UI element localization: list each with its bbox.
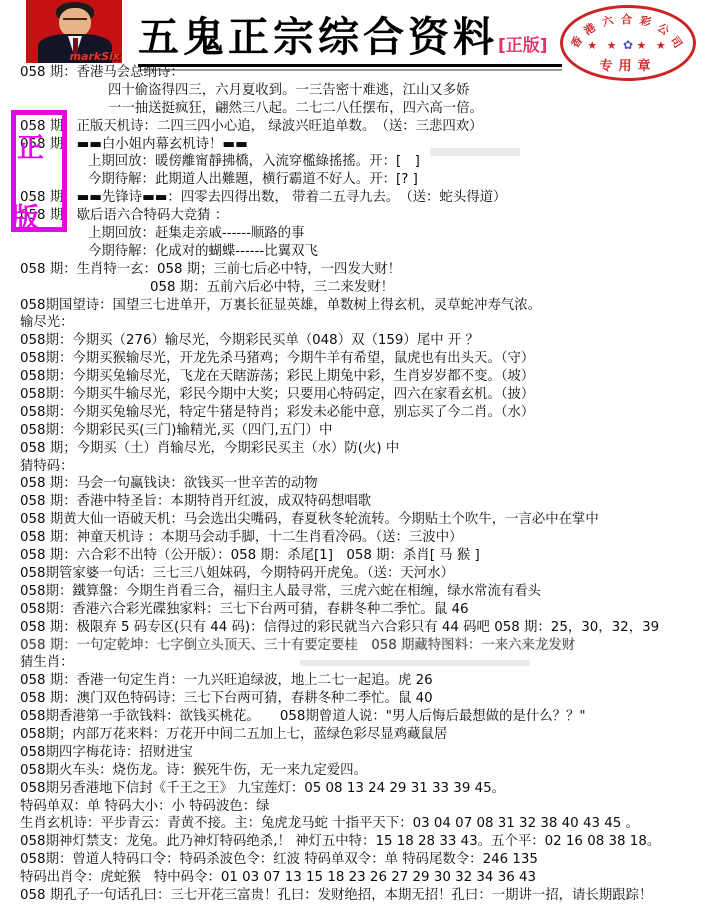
text-line: 今期待解：此期道人出難題，横行霸道不好人。开：[? ] xyxy=(0,171,720,189)
photo-brand-label: markSix xyxy=(70,50,120,63)
text-line: 四十偷盗得四三，六月夏收到。一三告密十难逃，江山又多娇 xyxy=(0,82,720,100)
text-line: 058 期：歇后语六合特码大竞猜 ： xyxy=(0,207,720,225)
text-line: 058期：鐵算盤：今期生肖看三合，福归主人最寻常，三虎六蛇在相缠，绿水常流有看头 xyxy=(0,583,720,601)
glasses-icon xyxy=(63,18,87,25)
text-line: 058 期：香港马会总纲诗： xyxy=(0,64,720,82)
text-line: 058 期；今期买（土）肖输尽光，今期彩民买主（水）防(火) 中 xyxy=(0,440,720,458)
body-lines: 058 期：香港马会总纲诗：四十偷盗得四三，六月夏收到。一三告密十难逃，江山又多… xyxy=(0,64,720,905)
text-line: 058 期：澳门双色特码诗：三七下台两可猜，春耕冬种二季忙。鼠 40 xyxy=(0,690,720,708)
text-line: 058 期：极限弃 5 码专区(只有 44 码)：信得过的彩民就当六合彩只有 4… xyxy=(0,619,720,637)
text-line: 058期：香港六合彩光碟独家料：三七下台两可猜，春耕冬种二季忙。鼠 46 xyxy=(0,601,720,619)
text-line: 生肖玄机诗：平步青云：青黄不接。主：兔虎龙马蛇 十指平天下：03 04 07 0… xyxy=(0,815,720,833)
flower-icon: ✿ xyxy=(623,38,633,52)
header-title-block: 五鬼正宗综合资料[正版] xyxy=(138,4,566,71)
text-line: 058期香港第一手欲钱料：欲钱买桃花。 058期曾道人说："男人后悔后最想做的是… xyxy=(0,708,720,726)
text-line: 猜生肖： xyxy=(0,654,720,672)
text-line: 特码单双：单 特码大小：小 特码波色：绿 xyxy=(0,798,720,816)
text-line: 058期火车头：烧伤龙。诗：猴死牛伤，无一来九定爱四。 xyxy=(0,762,720,780)
text-line: 058期：今期买兔输尽光，特定牛猪是特肖；彩发未必能中意，别忘买了今二肖。（水） xyxy=(0,404,720,422)
text-line: 058 期：▬▬白小姐内幕玄机诗！▬▬ xyxy=(0,136,720,154)
text-line: 058 期：马会一句赢钱诀：欲钱买一世辛苦的动物 xyxy=(0,475,720,493)
text-line: 058期：曾道人特码口令：特码杀波色令：红波 特码单双令：单 特码尾数令：246… xyxy=(0,851,720,869)
text-line: 一一抽送挺疯狂，翩然三八起。二七二八任摆布，四六高一倍。 xyxy=(0,100,720,118)
edition-tag: [正版] xyxy=(498,36,548,56)
text-line: 058 期：▬▬先锋诗▬▬：四零去四得出数， 带着二五寻九去。 （送：蛇头得道） xyxy=(0,189,720,207)
text-line: 058期国望诗：国望三七进单开，万裏长征显英雄，单数树上得玄机，灵草蛇冲寿气浓。 xyxy=(0,297,720,315)
text-line: 058期：今期买牛输尽光，彩民今期中大奖；只要用心特码定，四六在家看玄机。（披） xyxy=(0,386,720,404)
text-line: 058 期：神童天机诗 ：本期马会动手脚，十二生肖看冷码。（送：三波中） xyxy=(0,529,720,547)
seal-arc-char: 公 xyxy=(654,19,672,38)
text-line: 058 期：正版天机诗：二四三四小心追， 绿波兴旺追单数。 （送：三悲四欢） xyxy=(0,118,720,136)
text-line: 上期回放：赶集走亲戚------顺路的事 xyxy=(0,225,720,243)
text-line: 058 期：生肖特一玄：058 期；三前七后必中特，一四发大财！ xyxy=(0,261,720,279)
text-line: 058期：今期买（276）输尽光，今期彩民买单（048）双（159）尾中 开 ？ xyxy=(0,332,720,350)
seal-arc-char: 合 xyxy=(621,11,632,27)
text-line: 058 期：六合彩不出特（公开版）：058 期：杀尾[1] 058 期：杀肖[ … xyxy=(0,547,720,565)
portrait-photo: markSix xyxy=(26,0,122,63)
text-line: 058 期孔子一句话孔曰：三七开花三富贵！孔曰：发财绝招，本期无招！孔曰：一期讲… xyxy=(0,887,720,905)
seal-stars-row: ★ ★ ✿ ★ ★ xyxy=(563,38,693,52)
text-line: 058期：今期彩民买(三门)输精光,买（四门,五门）中 xyxy=(0,422,720,440)
text-line: 058期：今期买兔输尽光，飞龙在天瞎游荡；彩民上期兔中彩，生肖岁岁都不变。（坡） xyxy=(0,368,720,386)
text-line: 058 期：香港中特圣旨：本期特肖开红波，成双特码想唱歌 xyxy=(0,493,720,511)
text-line: 058期管家婆一句话：三七三八姐妹码，今期特码开虎兔。（送：天河水） xyxy=(0,565,720,583)
text-line: 058 期：香港一句定生肖：一九兴旺追绿波，地上二七一起追。虎 26 xyxy=(0,672,720,690)
text-line: 058期四字梅花诗：招财进宝 xyxy=(0,744,720,762)
text-line: 058 期：一句定乾坤：七字倒立头顶天、三十有要定要桂 058 期藏特图料：一来… xyxy=(0,637,720,655)
text-line: 058期另香港地下信封《千王之王》 九宝莲灯：05 08 13 24 29 31… xyxy=(0,780,720,798)
seal-arc-char: 港 xyxy=(580,19,598,38)
star-icon: ★ ★ xyxy=(587,39,619,52)
text-line: 猜特码： xyxy=(0,458,720,476)
text-line: 今期待解：化成对的蝴蝶------比翼双飞 xyxy=(0,243,720,261)
page-title: 五鬼正宗综合资料 xyxy=(138,13,498,61)
text-line: 上期回放：暖傍離甯靜拂橋，入流穿檻綠搖搖。开：[ ] xyxy=(0,153,720,171)
text-line: 058期；内部万花来料：万花开中间二五加上七，蓝绿色彩尽显鸡藏鼠居 xyxy=(0,726,720,744)
seal-arc-char: 彩 xyxy=(638,12,653,30)
text-line: 058期：今期买猴输尽光，开龙先杀马猪鸡；今期牛羊有希望，鼠虎也有出头天。（守） xyxy=(0,350,720,368)
text-line: 特码出肖令：虎蛇猴 特中码令：01 03 07 13 15 18 23 26 2… xyxy=(0,869,720,887)
lottery-info-sheet: markSix 五鬼正宗综合资料[正版] 香 港 六 合 彩 公 司 ★ ★ ✿… xyxy=(0,0,720,908)
text-line: 058 期黄大仙一语破天机：马会选出尖嘴码，春夏秋冬轮流转。今期贴土个吹牛，一言… xyxy=(0,511,720,529)
text-line: 输尽光： xyxy=(0,314,720,332)
text-line: 058 期：五前六后必中特，三二来发财！ xyxy=(0,279,720,297)
star-icon: ★ ★ xyxy=(637,39,669,52)
text-line: 058期神灯禁支：龙兔。此乃神灯特码绝杀,！ 神灯五中特：15 18 28 33… xyxy=(0,833,720,851)
seal-arc-char: 六 xyxy=(600,12,615,30)
